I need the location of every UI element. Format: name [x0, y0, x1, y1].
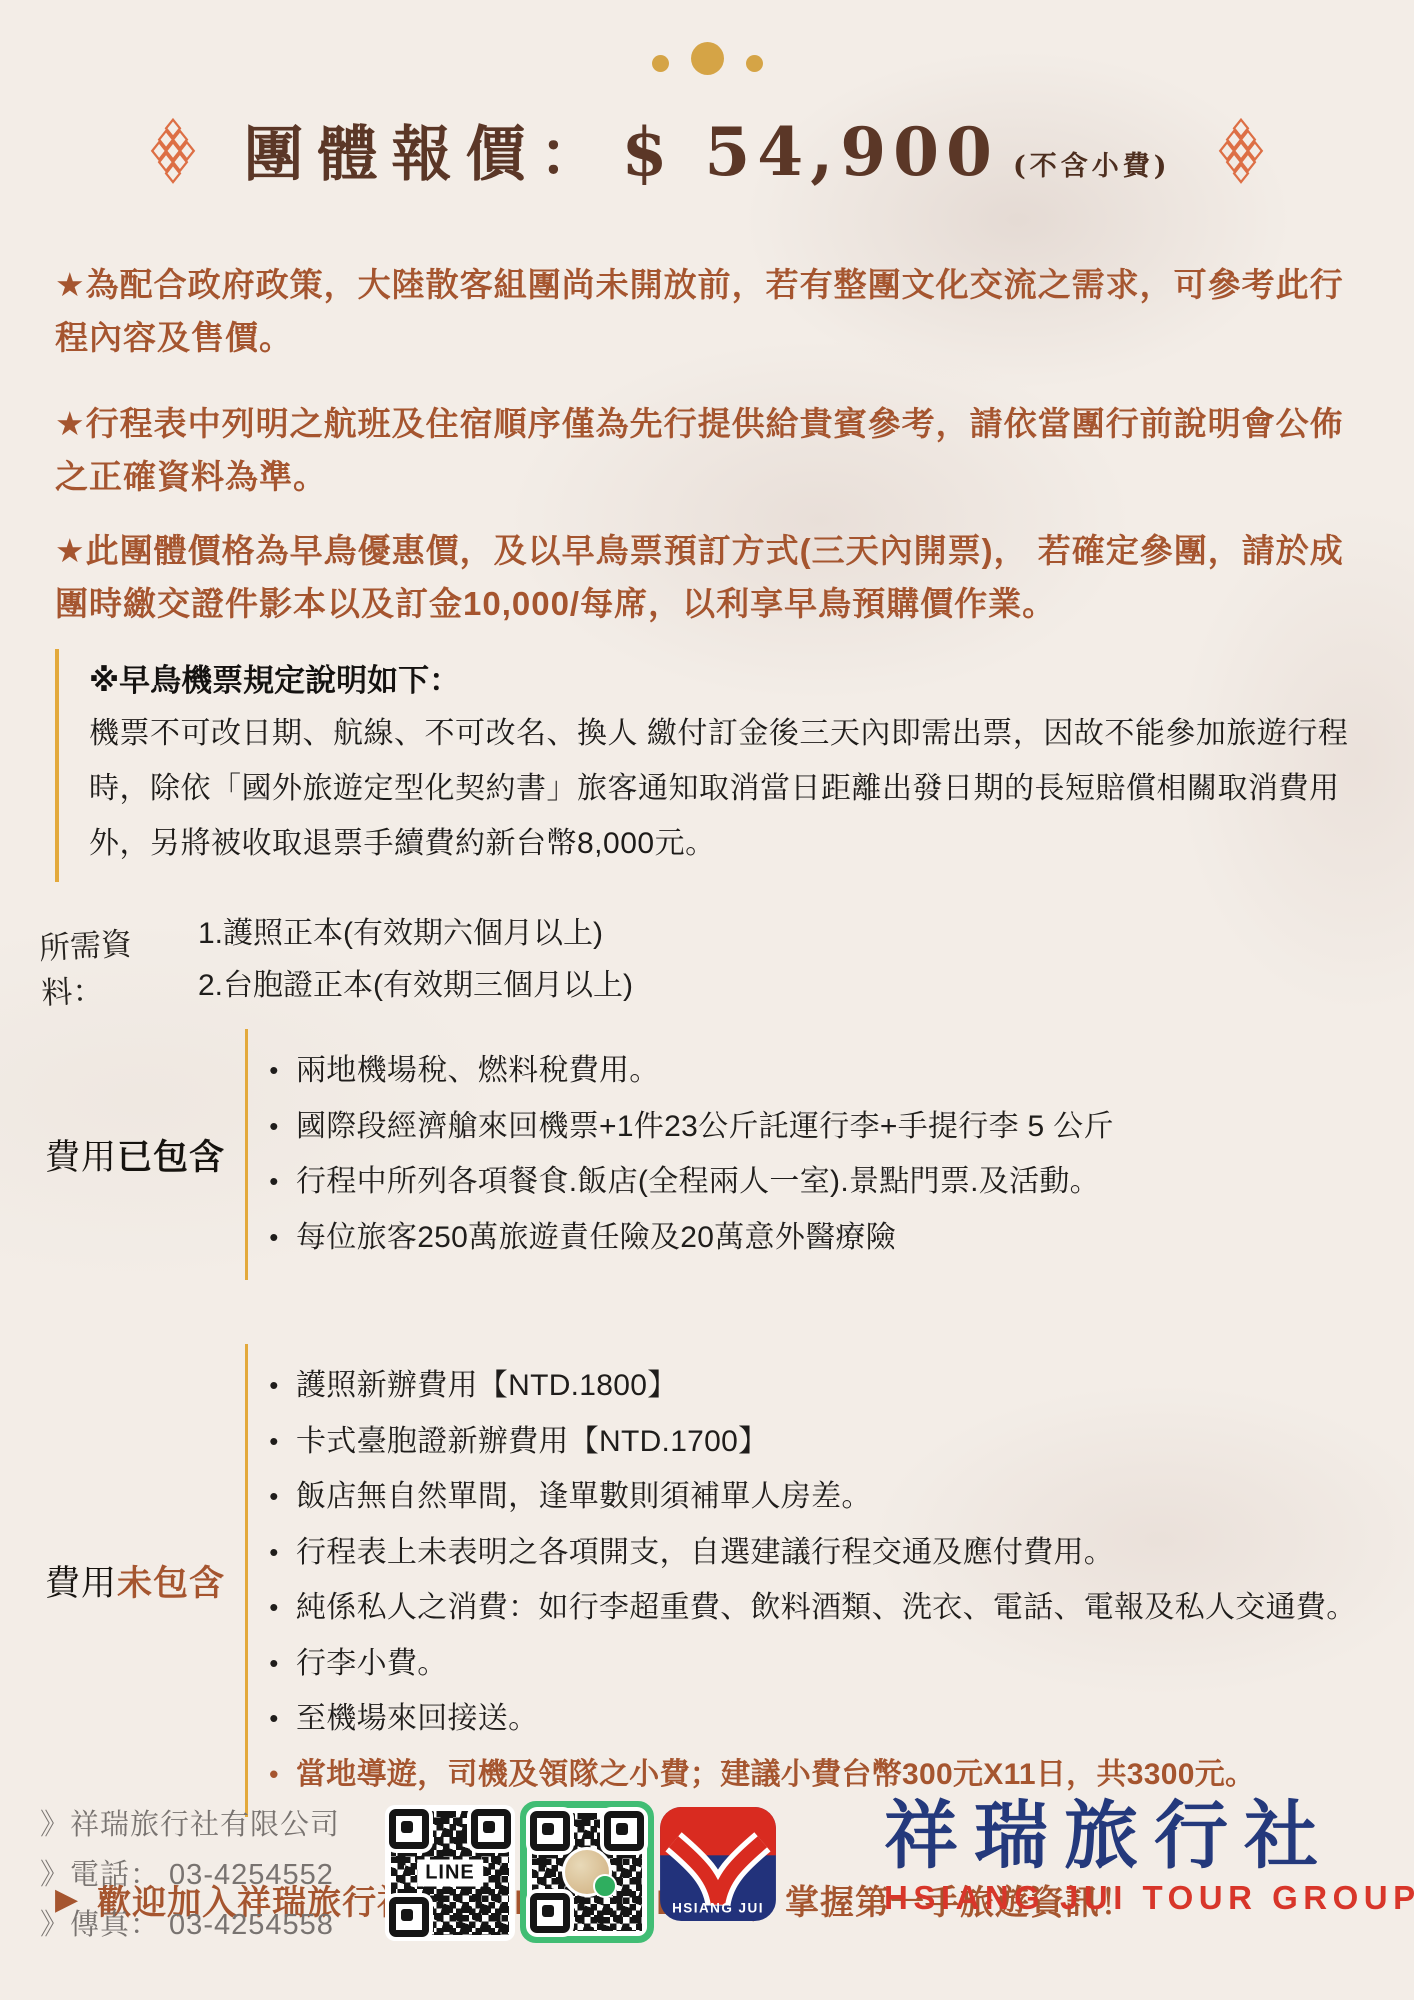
qr-avatar	[562, 1847, 612, 1897]
dot-icon	[691, 42, 724, 75]
required-docs-label: 所需資料：	[38, 915, 193, 1013]
company-name: 》祥瑞旅行社有限公司	[40, 1801, 340, 1851]
fees-included-label: 費用已包含	[45, 1025, 245, 1284]
qr-finder-icon	[530, 1893, 570, 1933]
earlybird-rules-body: 機票不可改日期、航線、不可改名、換人 繳付訂金後三天內即需出票，因故不能參加旅遊…	[89, 707, 1349, 872]
bullet-icon: •	[252, 1641, 296, 1688]
bullet-icon: •	[252, 1104, 296, 1151]
notice-earlybird-price: ★此團體價格為早鳥優惠價，及以早鳥票預訂方式(三天內開票)， 若確定參團，請於成…	[55, 524, 1359, 631]
company-fax: 》傳真： 03-4254558	[40, 1901, 340, 1951]
bullet-icon: •	[252, 1215, 296, 1262]
qr-pattern	[532, 1813, 642, 1931]
fees-included-label-prefix: 費用	[45, 1130, 117, 1180]
line-qr-code: LINE	[385, 1805, 515, 1941]
footer: 》祥瑞旅行社有限公司 》電話： 03-4254552 》傳真： 03-42545…	[0, 1795, 1414, 1965]
brand-block: 祥瑞旅行社 HSIANG JUI TOUR GROUP	[884, 1797, 1404, 1917]
list-item-tip-highlight: •當地導遊，司機及領隊之小費；建議小費台幣300元X11日，共3300元。	[252, 1752, 1359, 1799]
company-phone: 》電話： 03-4254552	[40, 1851, 340, 1901]
notice-policy: ★為配合政府政策，大陸散客組團尚未開放前，若有整團文化交流之需求，可參考此行程內…	[55, 258, 1359, 365]
fees-excluded-section: 費用未包含 •護照新辦費用【NTD.1800】 •卡式臺胞證新辦費用【NTD.1…	[45, 1340, 1359, 1821]
list-item: •行李小費。	[252, 1641, 1359, 1688]
list-item: •護照新辦費用【NTD.1800】	[252, 1363, 1359, 1410]
list-item: •純係私人之消費：如行李超重費、飲料酒類、洗衣、電話、電報及私人交通費。	[252, 1585, 1359, 1632]
fees-excluded-label-bold: 未包含	[117, 1556, 225, 1606]
required-docs-list: 1.護照正本(有效期六個月以上) 2.台胞證正本(有效期三個月以上)	[198, 908, 633, 1011]
bullet-icon: •	[252, 1474, 296, 1521]
title-label: 團體報價：	[243, 107, 613, 193]
hsiang-jui-logo: HSIANG JUI	[660, 1807, 776, 1921]
bullet-icon: •	[252, 1696, 296, 1743]
flyer-page: 團體報價： $ 54,900 (不含小費) ★為配合政府政策，大陸散客組團尚未開…	[0, 0, 1414, 2000]
qr-finder-icon	[389, 1809, 429, 1849]
required-doc-item: 1.護照正本(有效期六個月以上)	[198, 908, 633, 960]
page-title: 團體報價： $ 54,900 (不含小費)	[243, 107, 1170, 193]
required-docs-section: 所需資料： 1.護照正本(有效期六個月以上) 2.台胞證正本(有效期三個月以上)	[40, 908, 1359, 1011]
list-item: •飯店無自然單間，逢單數則須補單人房差。	[252, 1474, 1359, 1521]
header-dots-ornament	[0, 0, 1414, 76]
line-badge-icon	[593, 1874, 617, 1898]
earlybird-rules-title: ※早鳥機票規定說明如下：	[89, 655, 1349, 708]
bullet-icon: •	[252, 1048, 296, 1095]
fees-excluded-list: •護照新辦費用【NTD.1800】 •卡式臺胞證新辦費用【NTD.1700】 •…	[245, 1344, 1359, 1817]
title-row: 團體報價： $ 54,900 (不含小費)	[0, 102, 1414, 198]
list-item: •行程中所列各項餐食.飯店(全程兩人一室).景點門票.及活動。	[252, 1159, 1359, 1206]
qr-pattern: LINE	[391, 1811, 509, 1935]
fees-included-section: 費用已包含 •兩地機場稅、燃料稅費用。 •國際段經濟艙來回機票+1件23公斤託運…	[45, 1025, 1359, 1284]
price-value: $ 54,900	[621, 113, 999, 191]
qr-finder-icon	[530, 1811, 570, 1851]
fees-included-list: •兩地機場稅、燃料稅費用。 •國際段經濟艙來回機票+1件23公斤託運行李+手提行…	[245, 1029, 1359, 1280]
dot-icon	[746, 55, 763, 72]
list-item: •行程表上未表明之各項開支，自選建議行程交通及應付費用。	[252, 1530, 1359, 1577]
logo-text: HSIANG JUI	[672, 1900, 764, 1915]
brand-name-cjk: 祥瑞旅行社	[884, 1797, 1404, 1875]
qr-line-label: LINE	[417, 1860, 483, 1887]
list-item: •卡式臺胞證新辦費用【NTD.1700】	[252, 1419, 1359, 1466]
list-item: •至機場來回接送。	[252, 1696, 1359, 1743]
fees-included-label-bold: 已包含	[117, 1130, 225, 1180]
dot-icon	[652, 55, 669, 72]
company-info: 》祥瑞旅行社有限公司 》電話： 03-4254552 》傳真： 03-42545…	[40, 1801, 340, 1951]
qr-finder-icon	[471, 1809, 511, 1849]
qr-finder-icon	[604, 1811, 644, 1851]
list-item: •兩地機場稅、燃料稅費用。	[252, 1048, 1359, 1095]
fees-excluded-label: 費用未包含	[45, 1340, 245, 1821]
fees-excluded-label-prefix: 費用	[45, 1556, 117, 1606]
qr-finder-icon	[389, 1897, 429, 1937]
list-item: •每位旅客250萬旅遊責任險及20萬意外醫療險	[252, 1215, 1359, 1262]
line-community-qr-code	[520, 1801, 654, 1943]
bullet-icon: •	[252, 1752, 296, 1799]
bullet-icon: •	[252, 1585, 296, 1632]
earlybird-rules-box: ※早鳥機票規定說明如下： 機票不可改日期、航線、不可改名、換人 繳付訂金後三天內…	[55, 649, 1359, 882]
brand-name-en: HSIANG JUI TOUR GROUP	[884, 1879, 1404, 1917]
price-note: (不含小費)	[1013, 144, 1171, 183]
notice-schedule: ★行程表中列明之航班及住宿順序僅為先行提供給貴賓參考，請依當團行前說明會公佈之正…	[55, 397, 1359, 504]
bullet-icon: •	[252, 1159, 296, 1206]
list-item: •國際段經濟艙來回機票+1件23公斤託運行李+手提行李 5 公斤	[252, 1104, 1359, 1151]
required-doc-item: 2.台胞證正本(有效期三個月以上)	[198, 960, 633, 1012]
diamond-lattice-icon	[147, 115, 199, 185]
bullet-icon: •	[252, 1419, 296, 1466]
bullet-icon: •	[252, 1363, 296, 1410]
bullet-icon: •	[252, 1530, 296, 1577]
diamond-lattice-icon	[1215, 115, 1267, 185]
